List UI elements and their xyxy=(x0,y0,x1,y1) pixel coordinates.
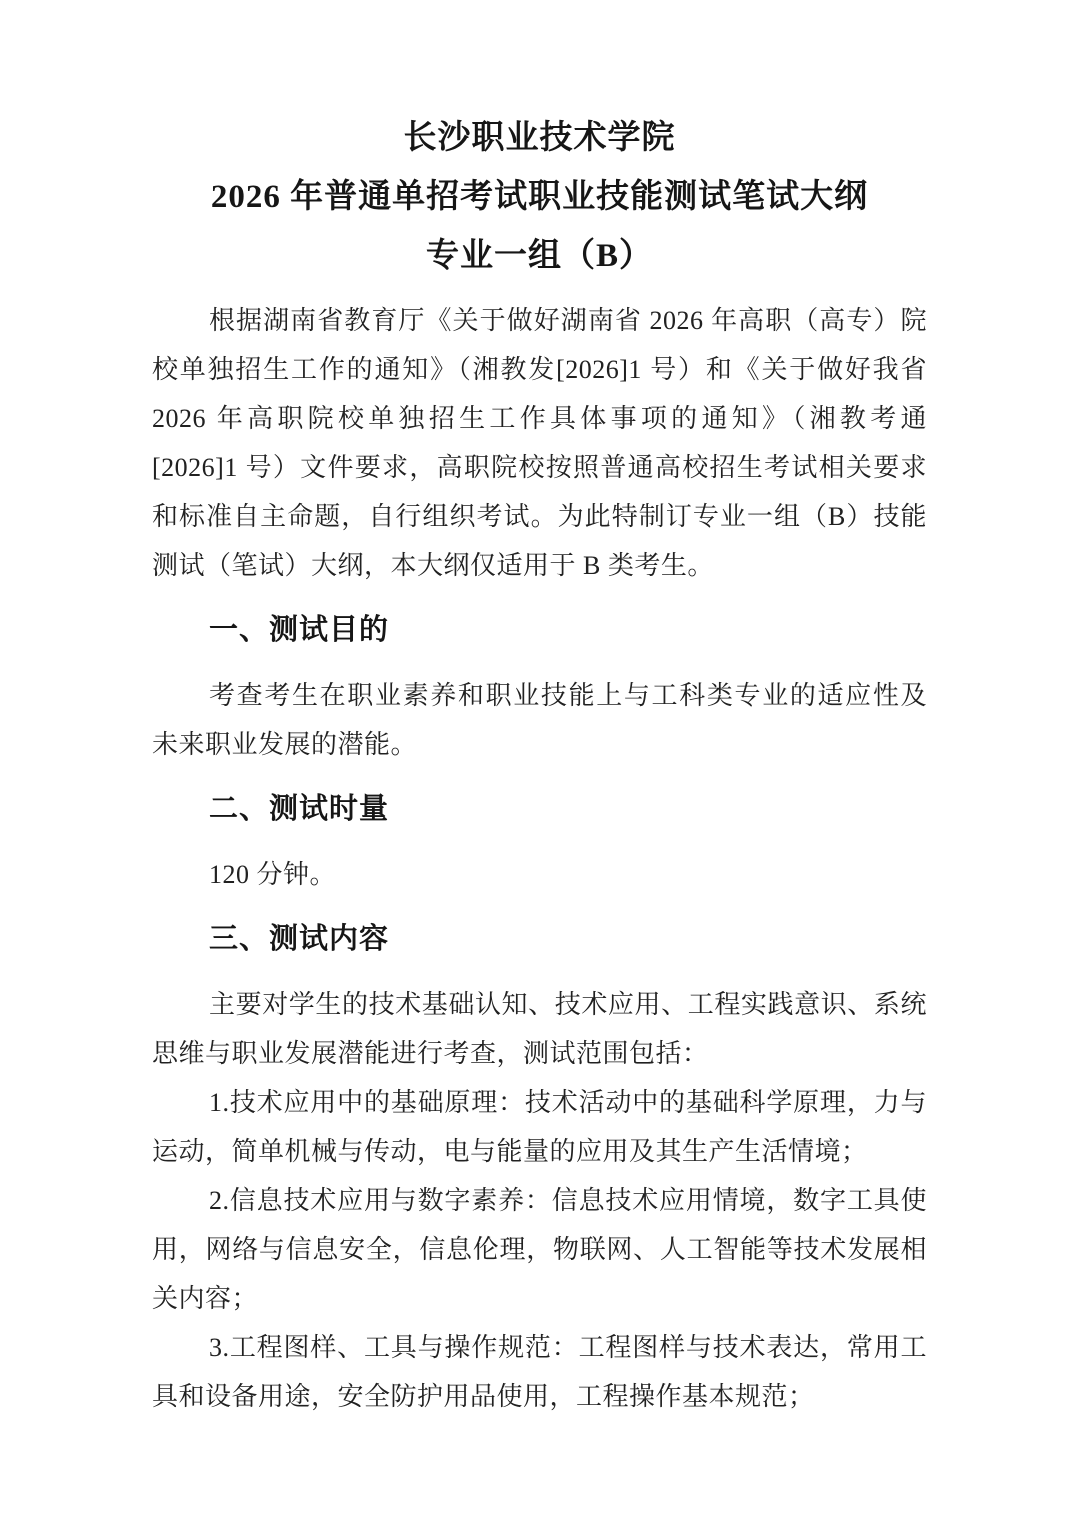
section-heading-test-duration: 二、测试时量 xyxy=(152,785,927,834)
test-content-item-2-line: 用，网络与信息安全，信息伦理，物联网、人工智能等技术发展相 xyxy=(152,1225,927,1274)
test-content-item-1: 1.技术应用中的基础原理：技术活动中的基础科学原理，力与 运动，简单机械与传动，… xyxy=(152,1078,927,1176)
section-test-content: 三、测试内容 主要对学生的技术基础认知、技术应用、工程实践意识、系统 思维与职业… xyxy=(152,915,927,1421)
test-duration-line: 120 分钟。 xyxy=(152,850,927,899)
document-title-block: 长沙职业技术学院 2026 年普通单招考试职业技能测试笔试大纲 专业一组（B） xyxy=(152,109,927,286)
test-content-overview-paragraph: 主要对学生的技术基础认知、技术应用、工程实践意识、系统 思维与职业发展潜能进行考… xyxy=(152,980,927,1078)
test-content-item-2: 2.信息技术应用与数字素养：信息技术应用情境，数字工具使 用，网络与信息安全，信… xyxy=(152,1176,927,1323)
title-line-exam-outline: 2026 年普通单招考试职业技能测试笔试大纲 xyxy=(152,168,927,227)
intro-line: 根据湖南省教育厅《关于做好湖南省 2026 年高职（高专）院 xyxy=(152,296,927,345)
test-content-item-3: 3.工程图样、工具与操作规范：工程图样与技术表达，常用工 具和设备用途，安全防护… xyxy=(152,1323,927,1421)
intro-line: 测试（笔试）大纲，本大纲仅适用于 B 类考生。 xyxy=(152,541,927,590)
test-content-item-1-line: 1.技术应用中的基础原理：技术活动中的基础科学原理，力与 xyxy=(152,1078,927,1127)
section-heading-test-content: 三、测试内容 xyxy=(152,915,927,964)
test-content-item-2-line: 关内容； xyxy=(152,1274,927,1323)
section-heading-test-purpose: 一、测试目的 xyxy=(152,606,927,655)
test-purpose-paragraph: 考查考生在职业素养和职业技能上与工科类专业的适应性及 未来职业发展的潜能。 xyxy=(152,671,927,769)
section-test-purpose: 一、测试目的 考查考生在职业素养和职业技能上与工科类专业的适应性及 未来职业发展… xyxy=(152,606,927,769)
intro-line: 2026 年高职院校单独招生工作具体事项的通知》（湘教考通 xyxy=(152,394,927,443)
intro-line: 和标准自主命题，自行组织考试。为此特制订专业一组（B）技能 xyxy=(152,492,927,541)
test-content-item-3-line: 3.工程图样、工具与操作规范：工程图样与技术表达，常用工 xyxy=(152,1323,927,1372)
intro-line: 校单独招生工作的通知》（湘教发[2026]1 号）和《关于做好我省 xyxy=(152,345,927,394)
title-line-institution: 长沙职业技术学院 xyxy=(152,109,927,168)
test-content-item-3-line: 具和设备用途，安全防护用品使用，工程操作基本规范； xyxy=(152,1372,927,1421)
test-duration-paragraph: 120 分钟。 xyxy=(152,850,927,899)
test-content-overview-line: 思维与职业发展潜能进行考查，测试范围包括： xyxy=(152,1029,927,1078)
intro-line: [2026]1 号）文件要求，高职院校按照普通高校招生考试相关要求 xyxy=(152,443,927,492)
test-content-item-1-line: 运动，简单机械与传动，电与能量的应用及其生产生活情境； xyxy=(152,1127,927,1176)
section-test-duration: 二、测试时量 120 分钟。 xyxy=(152,785,927,899)
test-content-overview-line: 主要对学生的技术基础认知、技术应用、工程实践意识、系统 xyxy=(152,980,927,1029)
document-page: 长沙职业技术学院 2026 年普通单招考试职业技能测试笔试大纲 专业一组（B） … xyxy=(0,0,1080,1527)
title-line-group: 专业一组（B） xyxy=(152,227,927,286)
test-purpose-line: 未来职业发展的潜能。 xyxy=(152,720,927,769)
test-content-item-2-line: 2.信息技术应用与数字素养：信息技术应用情境，数字工具使 xyxy=(152,1176,927,1225)
test-purpose-line: 考查考生在职业素养和职业技能上与工科类专业的适应性及 xyxy=(152,671,927,720)
document-body: 根据湖南省教育厅《关于做好湖南省 2026 年高职（高专）院 校单独招生工作的通… xyxy=(152,296,927,1421)
intro-paragraph: 根据湖南省教育厅《关于做好湖南省 2026 年高职（高专）院 校单独招生工作的通… xyxy=(152,296,927,590)
